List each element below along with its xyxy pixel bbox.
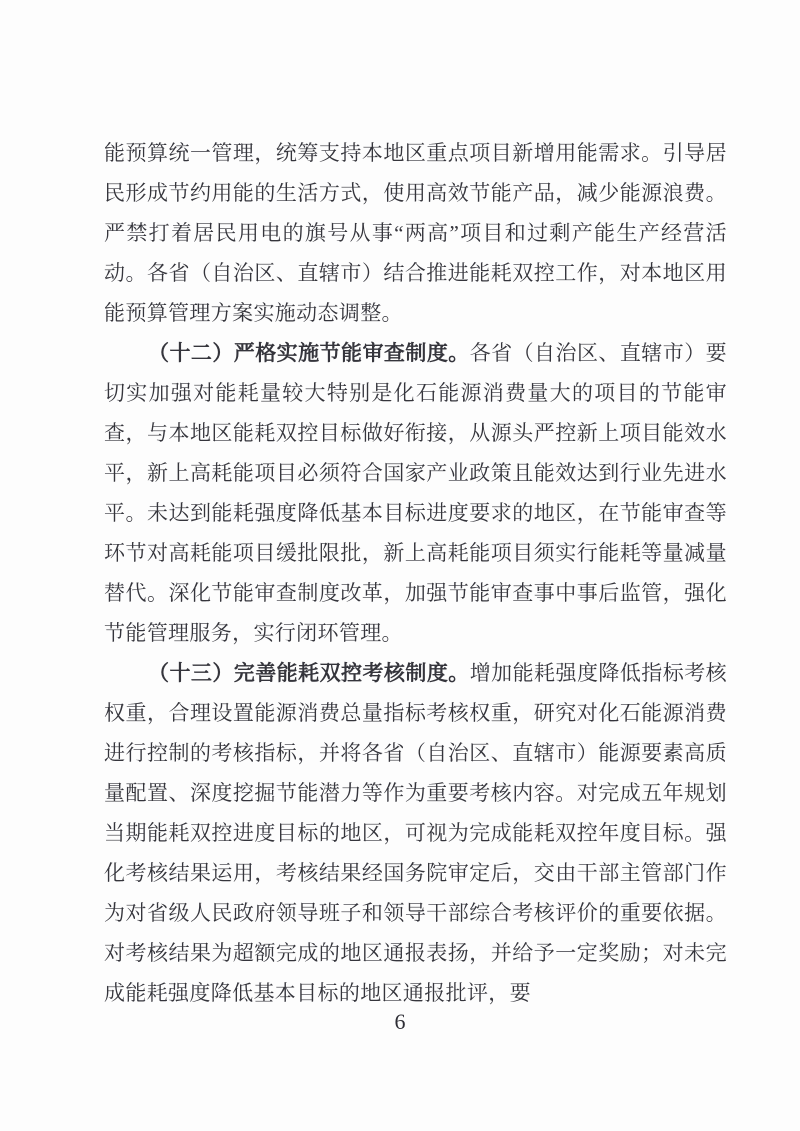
document-body: 能预算统一管理，统筹支持本地区重点项目新增用能需求。引导居民形成节约用能的生活方… xyxy=(104,133,727,1013)
paragraph-text: 能预算统一管理，统筹支持本地区重点项目新增用能需求。引导居民形成节约用能的生活方… xyxy=(104,141,727,325)
document-page: 能预算统一管理，统筹支持本地区重点项目新增用能需求。引导居民形成节约用能的生活方… xyxy=(0,0,800,1131)
paragraph: （十二）严格实施节能审查制度。各省（自治区、直辖市）要切实加强对能耗量较大特别是… xyxy=(104,333,727,653)
paragraph-text: 增加能耗强度降低指标考核权重，合理设置能源消费总量指标考核权重，研究对化石能源消… xyxy=(104,661,727,1005)
paragraph-heading: （十三）完善能耗双控考核制度。 xyxy=(148,661,470,685)
paragraph-text: 各省（自治区、直辖市）要切实加强对能耗量较大特别是化石能源消费量大的项目的节能审… xyxy=(104,341,727,645)
paragraph: （十三）完善能耗双控考核制度。增加能耗强度降低指标考核权重，合理设置能源消费总量… xyxy=(104,653,727,1013)
paragraph-heading: （十二）严格实施节能审查制度。 xyxy=(148,341,470,365)
paragraph: 能预算统一管理，统筹支持本地区重点项目新增用能需求。引导居民形成节约用能的生活方… xyxy=(104,133,727,333)
page-number: 6 xyxy=(0,1002,800,1042)
